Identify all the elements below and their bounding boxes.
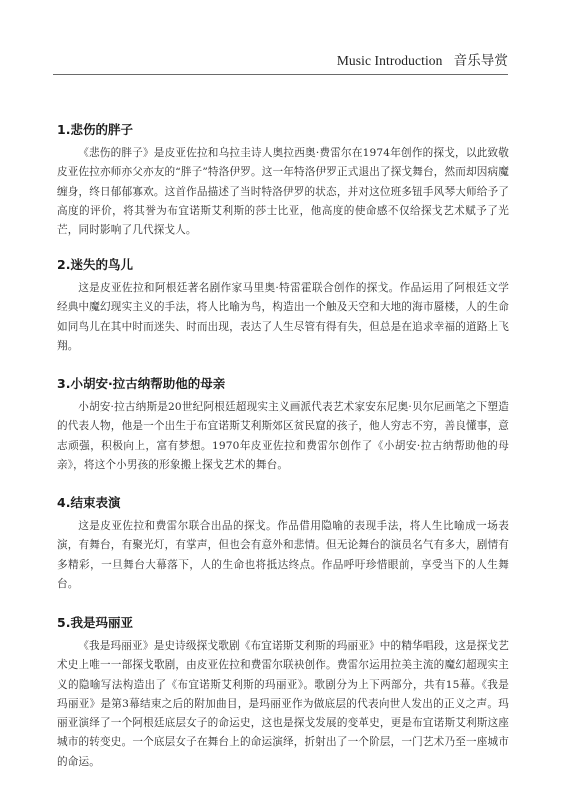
- page-header: Music Introduction 音乐导赏: [53, 50, 508, 75]
- header-title-zh: 音乐导赏: [454, 53, 508, 68]
- section-4: 4.结束表演 这是皮亚佐拉和费雷尔联合出品的探戈。作品借用隐喻的表现手法，将人生…: [57, 495, 509, 594]
- section-title: 4.结束表演: [57, 495, 509, 511]
- section-body: 这是皮亚佐拉和费雷尔联合出品的探戈。作品借用隐喻的表现手法，将人生比喻成一场表演…: [57, 517, 509, 594]
- section-body: 《悲伤的胖子》是皮亚佐拉和乌拉圭诗人奥拉西奥·费雷尔在1974年创作的探戈，以此…: [57, 144, 509, 240]
- section-body: 小胡安·拉古纳斯是20世纪阿根廷超现实主义画派代表艺术家安东尼奥·贝尔尼画笔之下…: [57, 398, 509, 475]
- section-1: 1.悲伤的胖子 《悲伤的胖子》是皮亚佐拉和乌拉圭诗人奥拉西奥·费雷尔在1974年…: [57, 122, 509, 240]
- section-body: 《我是玛丽亚》是史诗级探戈歌剧《布宜诺斯艾利斯的玛丽亚》中的精华唱段，这是探戈艺…: [57, 637, 509, 772]
- section-title: 3.小胡安·拉古纳帮助他的母亲: [57, 376, 509, 392]
- section-5: 5.我是玛丽亚 《我是玛丽亚》是史诗级探戈歌剧《布宜诺斯艾利斯的玛丽亚》中的精华…: [57, 615, 509, 772]
- section-title: 2.迷失的鸟儿: [57, 257, 509, 273]
- section-body: 这是皮亚佐拉和阿根廷著名剧作家马里奥·特雷霍联合创作的探戈。作品运用了阿根廷文学…: [57, 279, 509, 356]
- section-title: 5.我是玛丽亚: [57, 615, 509, 631]
- section-title: 1.悲伤的胖子: [57, 122, 509, 138]
- section-3: 3.小胡安·拉古纳帮助他的母亲 小胡安·拉古纳斯是20世纪阿根廷超现实主义画派代…: [57, 376, 509, 475]
- section-2: 2.迷失的鸟儿 这是皮亚佐拉和阿根廷著名剧作家马里奥·特雷霍联合创作的探戈。作品…: [57, 257, 509, 356]
- header-title-en: Music Introduction: [337, 53, 443, 68]
